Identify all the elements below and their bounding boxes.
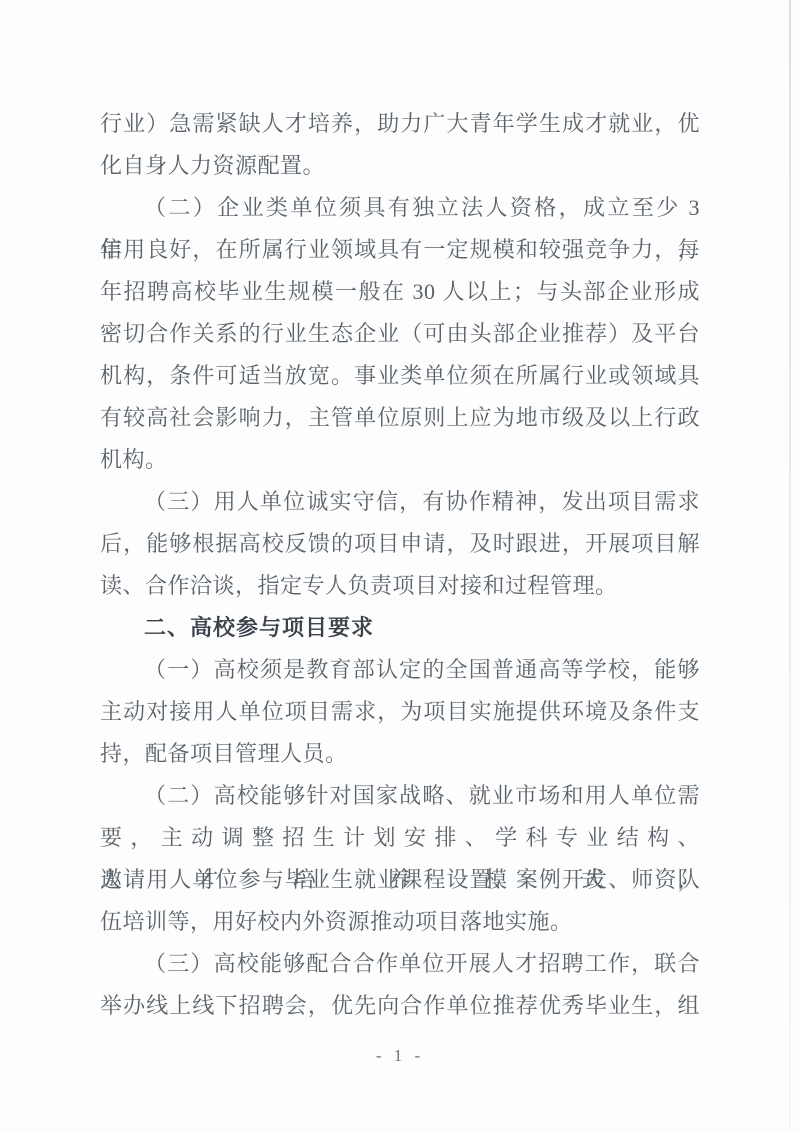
text-line: （一）高校须是教育部认定的全国普通高等学校，能够 [100, 649, 700, 691]
scan-edge-artifact [789, 0, 791, 1131]
page-number: - 1 - [0, 1046, 800, 1066]
text-line: 要，主动调整招生计划安排、学科专业结构、人才培养模式， [100, 817, 700, 859]
text-line: 机构，条件可适当放宽。事业类单位须在所属行业或领域具 [100, 355, 700, 397]
text-line: 密切合作关系的行业生态企业（可由头部企业推荐）及平台 [100, 313, 700, 355]
text-line: 读、合作洽谈，指定专人负责项目对接和过程管理。 [100, 565, 700, 607]
text-line: 信用良好，在所属行业领域具有一定规模和较强竞争力，每 [100, 229, 700, 271]
text-line: 后，能够根据高校反馈的项目申请，及时跟进，开展项目解 [100, 523, 700, 565]
text-line: 行业）急需紧缺人才培养，助力广大青年学生成才就业，优 [100, 103, 700, 145]
text-line: （二）高校能够针对国家战略、就业市场和用人单位需 [100, 775, 700, 817]
document-text-block: 行业）急需紧缺人才培养，助力广大青年学生成才就业，优 化自身人力资源配置。 （二… [100, 103, 700, 1027]
text-line: 主动对接用人单位项目需求，为项目实施提供环境及条件支 [100, 691, 700, 733]
text-line: 邀请用人单位参与毕业生就业课程设置、案例开发、师资队 [100, 859, 700, 901]
text-line: （三）用人单位诚实守信，有协作精神，发出项目需求 [100, 481, 700, 523]
text-line: 化自身人力资源配置。 [100, 145, 700, 187]
text-line: 举办线上线下招聘会，优先向合作单位推荐优秀毕业生，组 [100, 985, 700, 1027]
document-page: 行业）急需紧缺人才培养，助力广大青年学生成才就业，优 化自身人力资源配置。 （二… [0, 0, 800, 1131]
text-line: （二）企业类单位须具有独立法人资格，成立至少 3 年， [100, 187, 700, 229]
text-line: 机构。 [100, 439, 700, 481]
text-line: 年招聘高校毕业生规模一般在 30 人以上；与头部企业形成 [100, 271, 700, 313]
text-line: 有较高社会影响力，主管单位原则上应为地市级及以上行政 [100, 397, 700, 439]
section-heading: 二、高校参与项目要求 [100, 607, 700, 649]
text-line: 伍培训等，用好校内外资源推动项目落地实施。 [100, 901, 700, 943]
text-line: （三）高校能够配合合作单位开展人才招聘工作，联合 [100, 943, 700, 985]
text-line: 持，配备项目管理人员。 [100, 733, 700, 775]
